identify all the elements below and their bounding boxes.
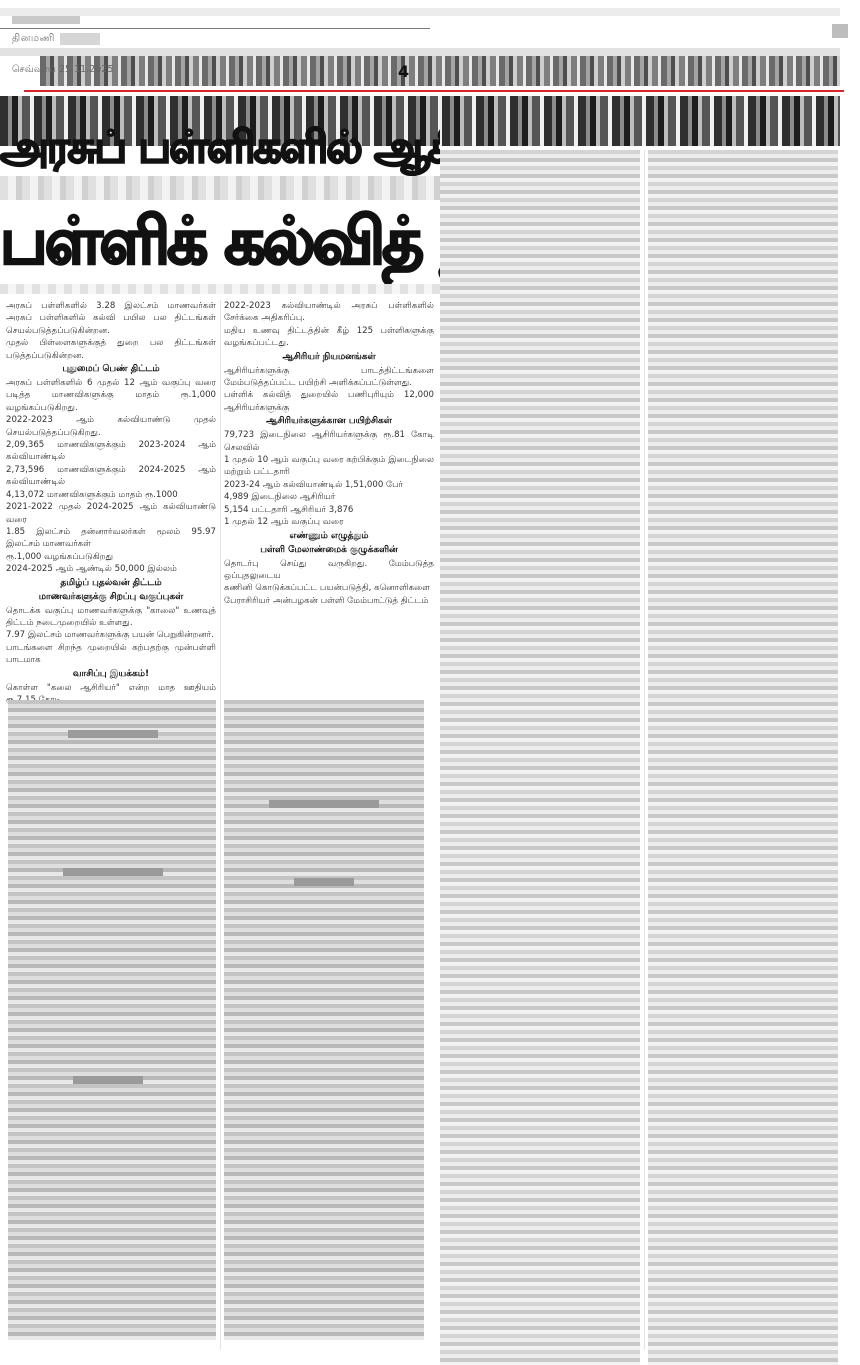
paragraph: முதல் பிள்ளைகளுக்குத் துறை பல திட்டங்கள்… bbox=[6, 337, 216, 362]
article-column-1: அரசுப் பள்ளிகளில் 3.28 இலட்சம் மாணவர்கள்… bbox=[6, 300, 216, 706]
paragraph: 1 முதல் 12 ஆம் வகுப்பு வரை bbox=[224, 516, 434, 528]
header-divider bbox=[0, 28, 430, 29]
headline-line-1: அரசுப் பள்ளிகளில் ஆசிரியர் bbox=[0, 120, 440, 176]
subheading-block bbox=[68, 730, 158, 738]
subheading: வாசிப்பு இயக்கம்! bbox=[6, 668, 216, 681]
accent-rule bbox=[24, 90, 844, 92]
paragraph: 7.97 இலட்சம் மாணவர்களுக்கு பயன் பெறுகின்… bbox=[6, 629, 216, 641]
headline-spacer bbox=[0, 176, 440, 200]
paragraph: அரசுப் பள்ளிகளில் 3.28 இலட்சம் மாணவர்கள்… bbox=[6, 300, 216, 337]
headline-line-2: பள்ளிக் கல்வித் துறை bbox=[0, 200, 440, 284]
column-4-text bbox=[648, 150, 838, 1365]
paragraph: 1 முதல் 10 ஆம் வகுப்பு வரை கற்பிக்கும் இ… bbox=[224, 454, 434, 479]
header-band bbox=[0, 8, 840, 16]
subheading-block bbox=[269, 800, 379, 808]
subheading: ஆசிரியர்களுக்கான பயிற்சிகள் bbox=[224, 415, 434, 428]
subheading: ஆசிரியர் நியமனங்கள் bbox=[224, 351, 434, 364]
column-2-lower-text bbox=[224, 700, 424, 1340]
subheading: புதுமைப் பெண் திட்டம் bbox=[6, 363, 216, 376]
header-band-2 bbox=[0, 48, 840, 56]
paragraph: 2022-2023 ஆம் கல்வியாண்டு முதல் செயல்படு… bbox=[6, 414, 216, 439]
column-1-lower-text bbox=[8, 700, 216, 1340]
paragraph: 4,989 இடைநிலை ஆசிரியர் bbox=[224, 491, 434, 503]
paragraph: 4,13,072 மாணவிகளுக்கும் மாதம் ரூ.1000 bbox=[6, 489, 216, 501]
paragraph: 2,73,596 மாணவிகளுக்கும் 2024-2025 ஆம் கல… bbox=[6, 464, 216, 489]
paragraph: தொடர்பு செய்து வருகிறது. மேம்படுத்த ஒப்ப… bbox=[224, 558, 434, 583]
paragraph: அரசுப் பள்ளிகளில் 6 முதல் 12 ஆம் வகுப்பு… bbox=[6, 377, 216, 414]
paragraph: 2024-2025 ஆம் ஆண்டில் 50,000 இல்லம் bbox=[6, 563, 216, 575]
paragraph: மதிய உணவு திட்டத்தின் கீழ் 125 பள்ளிகளுக… bbox=[224, 325, 434, 350]
publication-name-blur bbox=[60, 33, 100, 45]
column-3-text bbox=[440, 150, 640, 1365]
paragraph: 5,154 பட்டதாரி ஆசிரியர் 3,876 bbox=[224, 504, 434, 516]
paragraph: ஆசிரியர்களுக்கு பாடத்திட்டங்களை மேம்படுத… bbox=[224, 365, 434, 390]
page-corner-mark bbox=[832, 24, 848, 38]
headline-spacer-2 bbox=[0, 284, 440, 294]
publication-name: தினமணி bbox=[12, 33, 55, 45]
issue-date: செவ்வாய் 25.11.2025 bbox=[12, 64, 113, 76]
subheading: தமிழ்ப் புதல்வன் திட்டம் bbox=[6, 577, 216, 590]
subheading-block bbox=[294, 878, 354, 886]
subheading: மாணவர்களுக்கு சிறப்பு வகுப்புகள் bbox=[6, 591, 216, 604]
paragraph: 2,09,365 மாணவிகளுக்கும் 2023-2024 ஆம் கல… bbox=[6, 439, 216, 464]
paragraph: பாடங்களை சிறந்த முறையில் கற்பதற்கு முன்ப… bbox=[6, 642, 216, 667]
paragraph: பள்ளிக் கல்வித் துறையில் பணிபுரியும் 12,… bbox=[224, 389, 434, 414]
paragraph: தொடக்க வகுப்பு மாணவர்களுக்கு "காலை" உணவு… bbox=[6, 605, 216, 630]
paragraph: 2021-2022 முதல் 2024-2025 ஆம் கல்வியாண்ட… bbox=[6, 501, 216, 526]
subheading-block bbox=[63, 868, 163, 876]
page-marker: 4 bbox=[398, 62, 409, 81]
column-divider bbox=[220, 300, 221, 1350]
paragraph: கணினி கொடுக்கப்பட்ட பயன்படுத்தி, கனொளிகள… bbox=[224, 582, 434, 594]
paragraph: 2023-24 ஆம் கல்வியாண்டில் 1,51,000 பேர் bbox=[224, 479, 434, 491]
paragraph: 2022-2023 கல்வியாண்டில் அரசுப் பள்ளிகளில… bbox=[224, 300, 434, 325]
paragraph: பேராசிரியர் அன்பழகன் பள்ளி மேம்பாட்டுத் … bbox=[224, 595, 434, 607]
subheading: எண்ணும் எழுத்தும் bbox=[224, 530, 434, 543]
kicker-banner bbox=[40, 56, 840, 86]
column-divider bbox=[644, 150, 645, 1350]
paragraph: 1.85 இலட்சம் தன்னார்வலர்கள் மூலம் 95.97 … bbox=[6, 526, 216, 551]
paragraph: 79,723 இடைநிலை ஆசிரியர்களுக்கு ரூ.81 கோட… bbox=[224, 429, 434, 454]
publication-logo-strip bbox=[12, 16, 80, 24]
subheading: பள்ளி மேலாண்மைக் குழுக்களின் bbox=[224, 544, 434, 557]
article-column-2: 2022-2023 கல்வியாண்டில் அரசுப் பள்ளிகளில… bbox=[224, 300, 434, 607]
paragraph: ரூ.1,000 வழங்கப்படுகிறது bbox=[6, 551, 216, 563]
subheading-block bbox=[73, 1076, 143, 1084]
